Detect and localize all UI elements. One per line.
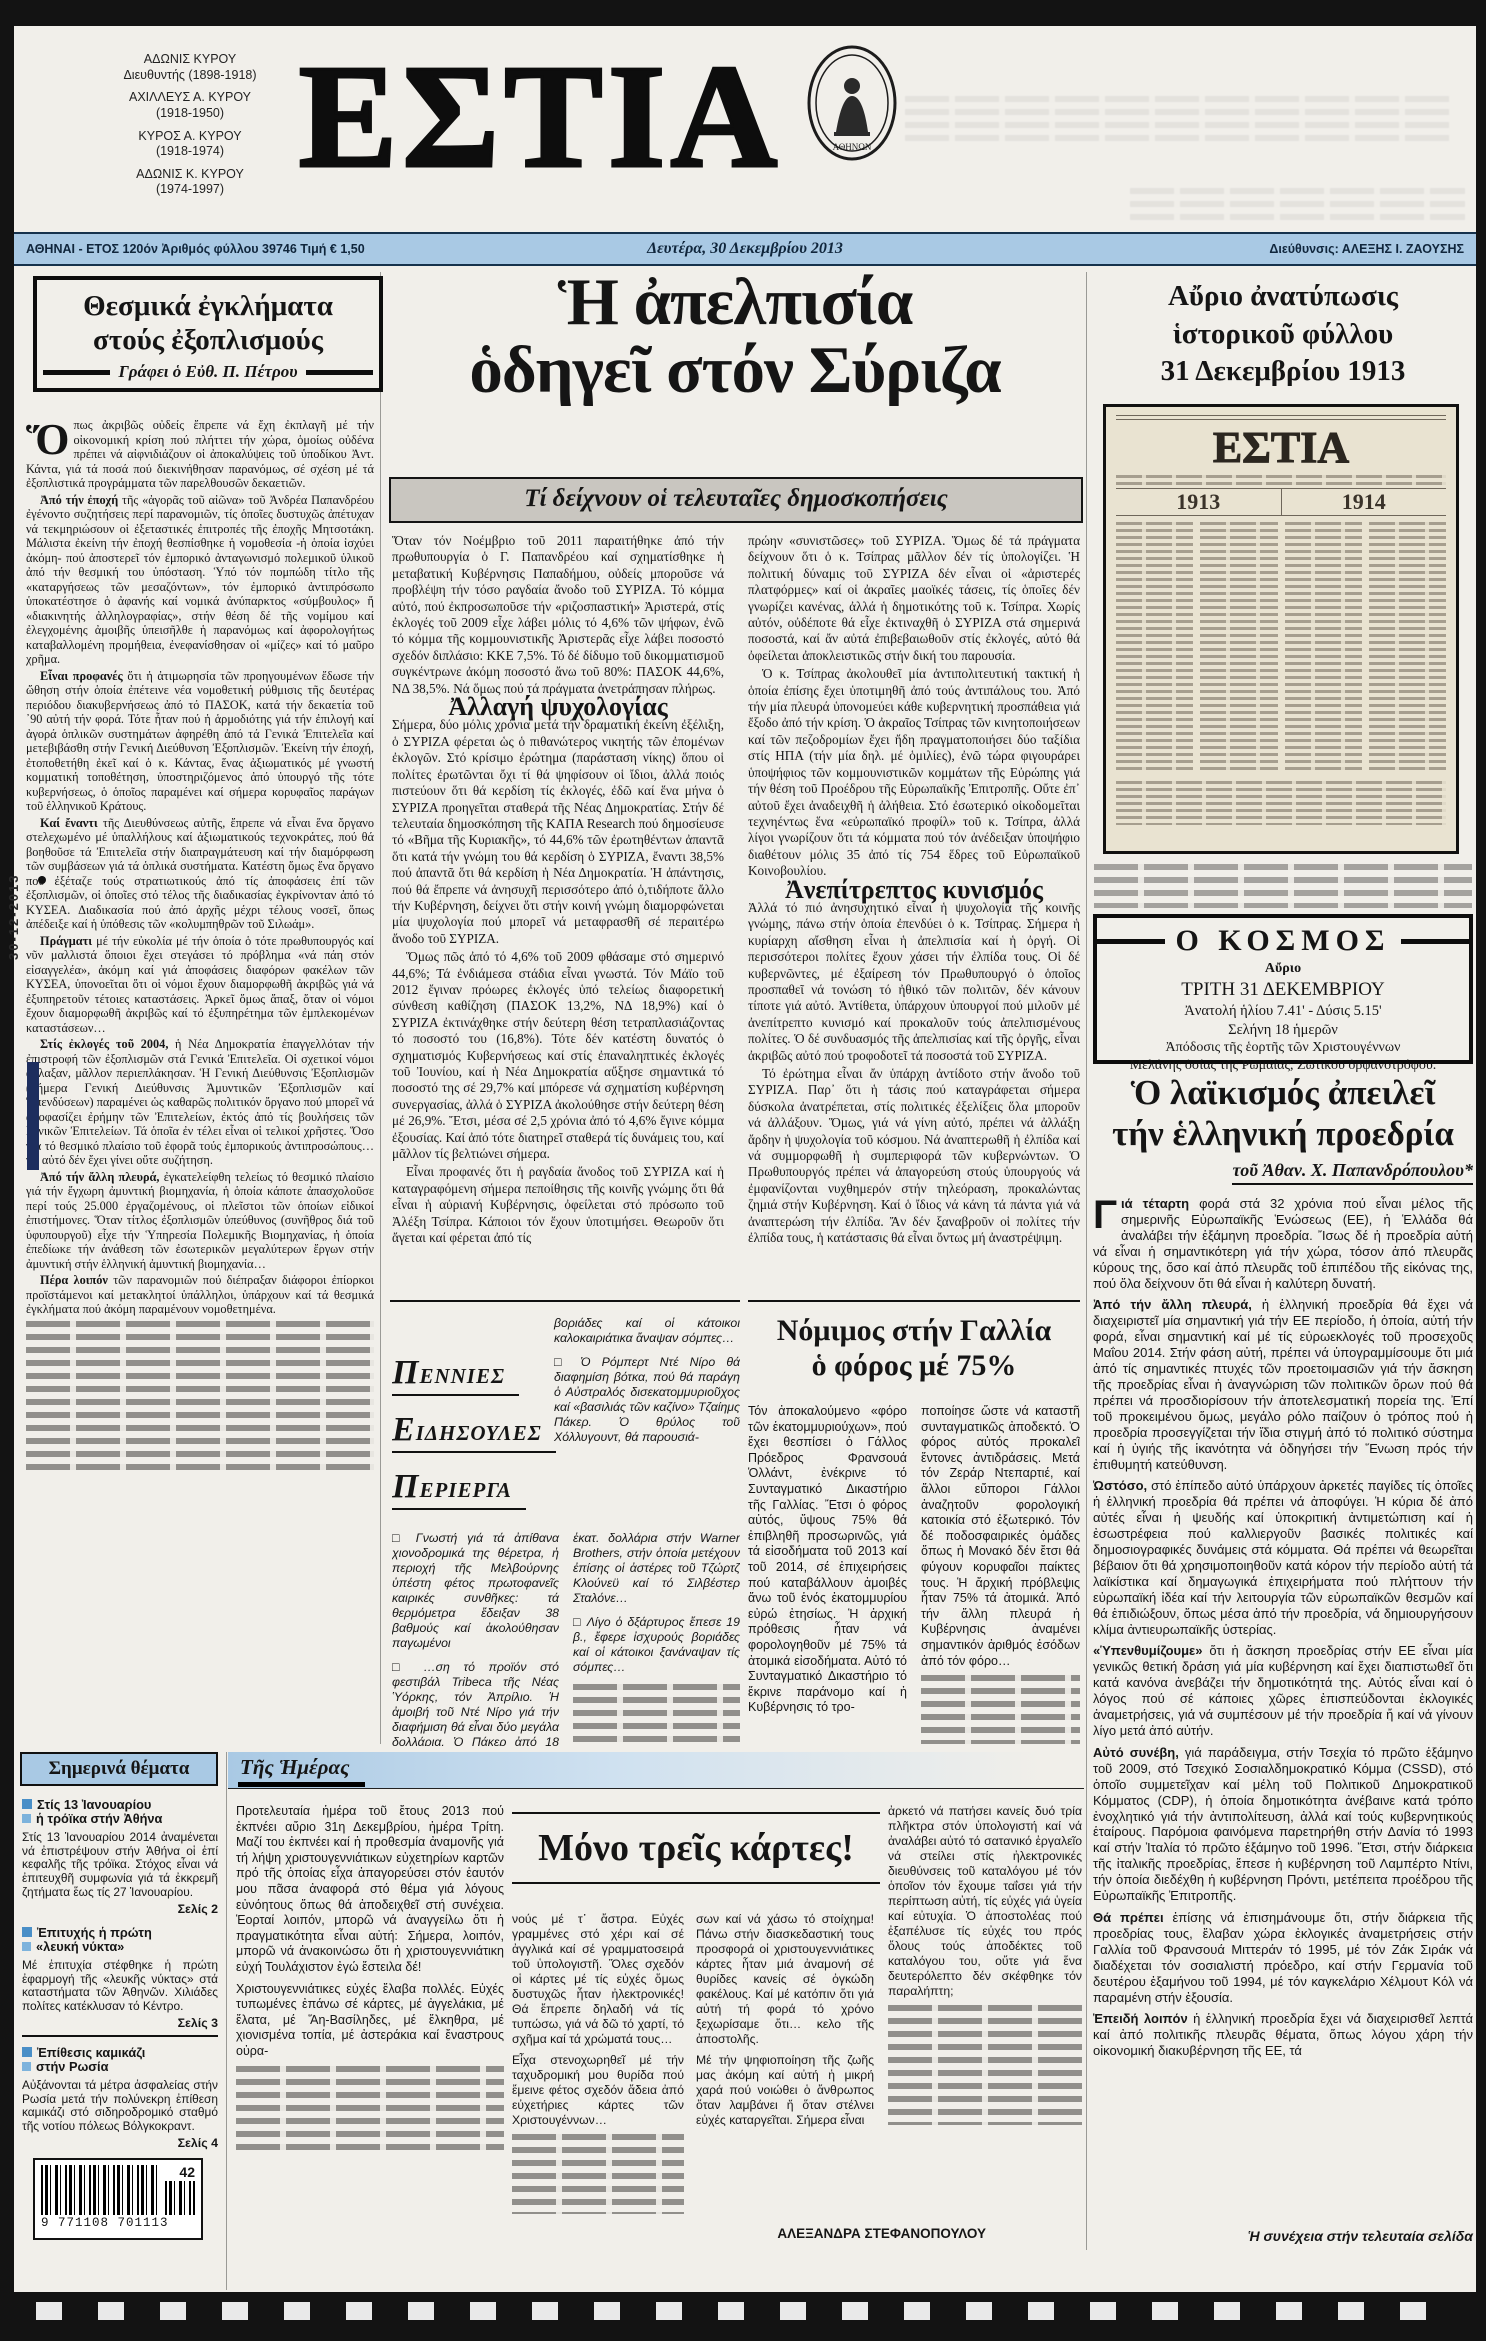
lead-article-column-2: πρώην «συνιστῶσες» τοῦ ΣΥΡΙΖΑ. Ὅμως δέ τ…	[748, 533, 1080, 1285]
topic-page-ref: Σελίς 4	[22, 2136, 218, 2150]
topic-item: Στίς 13 Ἰανουαρίου ἡ τρόϊκα στήν Ἀθήνα Σ…	[22, 1798, 218, 1918]
day-column-3: σων καί νά χάσω τό στοίχημα! Πάνω στήν δ…	[696, 1912, 874, 2212]
main-headline-line1: Ἡ ἀπελπισία	[388, 268, 1082, 336]
topic-title: Στίς 13 Ἰανουαρίου	[37, 1798, 151, 1812]
article-paragraph: Μέ τήν ψηφιοποίηση τῆς ζωῆς μας ἀκόμη κα…	[696, 2053, 874, 2128]
topic-body: Αὐξάνονται τά μέτρα ἀσφαλείας στήν Ρωσία…	[22, 2079, 218, 2135]
brief-item: βοριάδες καί οἱ κάτοικοι καλοκαιριάτικα …	[554, 1316, 740, 1346]
article-paragraph: Τό ἐρώτημα εἶναι ἄν ὑπάρχη ἀντίδοτο στήν…	[748, 1066, 1080, 1246]
continuation-note: Ἡ συνέχεια στήν τελευταία σελίδα	[1093, 2228, 1473, 2244]
paragraph-lead: Ὡστόσο,	[1093, 1478, 1151, 1493]
author-signature: ΑΛΕΞΑΝΔΡΑ ΣΤΕΦΑΝΟΠΟΥΛΟΥ	[696, 2226, 986, 2241]
article-paragraph: ἀρκετό νά πατήσει κανείς δυό τρία πλῆκτρ…	[888, 1804, 1082, 1999]
pennies-word-3: ΠΕΡΙΕΡΓΑ	[392, 1468, 526, 1510]
france-tax-headline-line1: Νόμιμος στήν Γαλλία	[748, 1314, 1080, 1349]
populism-headline: Ὁ λαϊκισμός ἀπειλεῖ τήν ἑλληνική προεδρί…	[1093, 1072, 1473, 1155]
article-paragraph: γιά παράδειγμα, στήν Τσεχία τό πρῶτο ἑξά…	[1093, 1745, 1473, 1903]
editorial-headline-box: Θεσμικά ἐγκλήματα στούς ἐξοπλισμούς Γράφ…	[33, 276, 383, 392]
paragraph-lead: «Ὑπενθυμίζουμε»	[1093, 1643, 1209, 1658]
facsimile-text-column	[1200, 522, 1277, 774]
france-tax-headline: Νόμιμος στήν Γαλλία ὁ φόρος μέ 75%	[748, 1314, 1080, 1384]
paragraph-lead: Στίς ἐκλογές τοῦ 2004,	[40, 1037, 175, 1051]
body-text-filler	[236, 2066, 504, 2156]
barcode-digits: 9 771108 701113	[41, 2216, 195, 2230]
populism-body: Γιά τέταρτη φορά στά 32 χρόνια πού εἶναι…	[1093, 1196, 1473, 2218]
margin-bullet-icon	[38, 876, 46, 884]
topic-bullet-icon	[22, 1814, 31, 1823]
newspaper-logo: ΕΣΤΙΑ	[248, 30, 833, 205]
article-paragraph: νούς μέ τ᾽ ἄστρα. Εὐχές γραμμένες στό χέ…	[512, 1912, 684, 2047]
topic-bullet-icon	[22, 2062, 31, 2071]
article-paragraph: ποποίησε ὥστε νά καταστῆ συνταγματικῶς ἀ…	[921, 1404, 1080, 1669]
topic-rule	[22, 2035, 218, 2037]
section-heading: Ἀλλαγή ψυχολογίας	[392, 699, 724, 715]
pennies-briefs-bottom: □ Γνωστή γιά τά ἀπίθανα χιονοδρομικά της…	[392, 1525, 740, 1746]
editorial-paragraph: πως ἀκριβῶς οὐδείς ἔπρεπε νά ἔχη ἐκπλαγῆ…	[26, 418, 374, 490]
topic-item: Ἐπιτυχής ἡ πρώτη «λευκή νύκτα» Μέ ἐπιτυχ…	[22, 1926, 218, 2038]
kosmos-box: Ο ΚΟΣΜΟΣ Αὔριο ΤΡΙΤΗ 31 ΔΕΚΕΜΒΡΙΟΥ Ἀνατο…	[1093, 914, 1473, 1064]
body-text-filler	[573, 1684, 740, 1746]
issue-barcode: 42 9 771108 701113	[33, 2158, 203, 2240]
byline-rule	[306, 370, 373, 375]
facsimile-text-column	[1369, 522, 1446, 774]
facsimile-textline	[1116, 475, 1446, 485]
column-divider	[226, 1752, 227, 2290]
day-column-1: Προτελευταία ἡμέρα τοῦ ἔτους 2013 πού ἐκ…	[236, 1804, 504, 2290]
topic-bullet-icon	[22, 1799, 32, 1809]
reprint-promo-line2: ἱστορικοῦ φύλλου	[1094, 316, 1472, 354]
editorial-paragraph: τῆς Διευθύνσεως αὐτῆς, ἔπρεπε νά εἶναι ἕ…	[26, 816, 374, 932]
paragraph-lead: Καί ἔναντι	[40, 816, 103, 830]
kosmos-line: Σελήνη 18 ἡμερῶν	[1097, 1021, 1469, 1040]
cards-headline: Μόνο τρεῖς κάρτες!	[512, 1826, 880, 1870]
topic-title: ἡ τρόϊκα στήν Ἀθήνα	[36, 1811, 162, 1826]
kosmos-line: Αὔριο	[1097, 960, 1469, 978]
paragraph-lead: Ἀπό τήν ἄλλη πλευρά,	[1093, 1297, 1262, 1312]
kosmos-line: Ἀνατολή ἡλίου 7.41' - Δύσις 5.15'	[1097, 1002, 1469, 1021]
kosmos-rule	[1401, 939, 1469, 944]
pennies-logo: ΠΕΝΝΙΕΣ ΕΙΔΗΣΟΥΛΕΣ ΠΕΡΙΕΡΓΑ	[392, 1316, 544, 1525]
section-rule	[390, 1300, 740, 1302]
body-text-filler	[512, 2134, 684, 2214]
day-column-2: νούς μέ τ᾽ ἄστρα. Εὐχές γραμμένες στό χέ…	[512, 1912, 684, 2288]
column-divider	[380, 272, 381, 1744]
paragraph-lead: Θά πρέπει	[1093, 1910, 1172, 1925]
article-paragraph: Προτελευταία ἡμέρα τοῦ ἔτους 2013 πού ἐκ…	[236, 1804, 504, 1976]
margin-date-vertical: 30-12-2013	[6, 850, 21, 960]
paragraph-lead: Αὐτό συνέβη,	[1093, 1745, 1185, 1760]
cards-headline-block: Μόνο τρεῖς κάρτες!	[512, 1812, 880, 1884]
editorial-paragraph: μέ τήν εὐκολία μέ τήν ὁποία ὁ τότε πρωθυ…	[26, 934, 374, 1035]
section-rule	[748, 1300, 1080, 1302]
dateline-edition: ΑΘΗΝΑΙ - ΕΤΟΣ 120όν Ἀριθμός φύλλου 39746…	[14, 242, 505, 256]
facsimile-columns	[1116, 522, 1446, 774]
paragraph-lead: Πέρα λοιπόν	[40, 1273, 113, 1287]
topic-bullet-icon	[22, 1927, 32, 1937]
main-subhead: Τί δείχνουν οἱ τελευταῖες δημοσκοπήσεις	[389, 477, 1083, 523]
column-divider	[1086, 272, 1087, 2250]
body-text-filler	[1094, 864, 1472, 908]
facsimile-rule	[1116, 415, 1446, 420]
article-paragraph: στό ἐπίπεδο αὐτό ὑπάρχουν ἀρκετές παγίδε…	[1093, 1478, 1473, 1636]
editorial-byline: Γράφει ὁ Εὐθ. Π. Πέτρου	[118, 362, 297, 382]
article-paragraph: σων καί νά χάσω τό στοίχημα! Πάνω στήν δ…	[696, 1912, 874, 2047]
editorial-dropcap: Ὅ	[26, 418, 73, 458]
hestia-seal-icon: ΑΘΗΝΩΝ	[806, 44, 898, 162]
day-column-4: ἀρκετό νά πατήσει κανείς δυό τρία πλῆκτρ…	[888, 1804, 1082, 2224]
populism-byline: τοῦ Ἀθαν. Χ. Παπανδρόπουλου*	[1232, 1160, 1473, 1185]
editorial-paragraph: ὅτι ἡ ἀτιμωρησία τῶν προηγουμένων ἔδωσε …	[26, 669, 374, 814]
kosmos-line: Ἀπόδοσις τῆς ἑορτῆς τῶν Χριστουγέννων	[1097, 1039, 1469, 1057]
article-paragraph: Ἀλλά τό πιό ἀνησυχητικό εἶναι ἡ ψυχολογί…	[748, 900, 1080, 1064]
article-paragraph: Εἶχα στενοχωρηθεῖ μέ τήν ταχυδρομική μου…	[512, 2053, 684, 2128]
article-paragraph: Εἶναι προφανές ὅτι ἡ ραγδαία ἄνοδος τοῦ …	[392, 1164, 724, 1246]
paragraph-lead: Ἀπό τήν ἐποχή	[40, 493, 122, 507]
populism-dropcap: Γ	[1093, 1196, 1121, 1232]
margin-index-bar	[27, 1062, 39, 1170]
topic-page-ref: Σελίς 3	[22, 2016, 218, 2030]
pennies-word-2: ΕΙΔΗΣΟΥΛΕΣ	[392, 1411, 556, 1453]
headline-rule	[512, 1812, 880, 1814]
kosmos-rule	[1097, 939, 1165, 944]
facsimile-footer-text	[1116, 781, 1446, 825]
barcode-addon-bars	[165, 2181, 195, 2215]
kosmos-line: ΤΡΙΤΗ 31 ΔΕΚΕΜΒΡΙΟΥ	[1097, 978, 1469, 1002]
editorial-body: Ὅπως ἀκριβῶς οὐδείς ἔπρεπε νά ἔχη ἐκπλαγ…	[26, 418, 374, 1744]
svg-text:ΑΘΗΝΩΝ: ΑΘΗΝΩΝ	[833, 142, 872, 152]
brief-item: □ Λίγο ὁ δξάρτυρος ἔπεσε 19 β., ἔφερε ἰσ…	[573, 1615, 740, 1675]
editorial-paragraph: ἐγκατελείφθη τελείως τό θεσμικό πλαίσιο …	[26, 1170, 374, 1271]
historic-issue-facsimile: ΕΣΤΙΑ 1913 1914	[1103, 404, 1459, 854]
body-text-filler	[26, 1321, 374, 1471]
pennies-word-1: ΠΕΝΝΙΕΣ	[392, 1354, 519, 1396]
topic-body: Στίς 13 Ἰανουαρίου 2014 ἀναμένεται νά ἐπ…	[22, 1831, 218, 1901]
article-paragraph: ἡ ἑλληνική προεδρία θά ἔχει νά διαχειρισ…	[1093, 1297, 1473, 1471]
article-paragraph: Ὁ κ. Τσίπρας ἀκολουθεῖ μία ἀντιπολιτευτι…	[748, 666, 1080, 879]
barcode-bars	[41, 2165, 159, 2215]
body-text-filler	[888, 2005, 1082, 2125]
editorial-title-line1: Θεσμικά ἐγκλήματα	[43, 290, 373, 324]
populism-headline-line1: Ὁ λαϊκισμός ἀπειλεῖ	[1093, 1072, 1473, 1113]
paragraph-lead: Πράγματι	[40, 934, 96, 948]
topic-body: Μέ ἐπιτυχία στέφθηκε ἡ πρώτη ἐφαρμογή τῆ…	[22, 1959, 218, 2015]
populism-headline-line2: τήν ἑλληνική προεδρία	[1093, 1113, 1473, 1154]
print-bleedthrough	[1130, 188, 1465, 226]
brief-item: □ Γνωστή γιά τά ἀπίθανα χιονοδρομικά της…	[392, 1531, 559, 1651]
topic-item: Ἐπίθεσις καμικάζι στήν Ρωσία Αὐξάνονται …	[22, 2046, 218, 2152]
article-paragraph: Χριστουγεννιάτικες εὐχές ἔλαβα πολλές. Ε…	[236, 1982, 504, 2060]
main-headline: Ἡ ἀπελπισία ὁδηγεῖ στόν Σύριζα	[388, 268, 1082, 405]
article-paragraph: Ὅταν τόν Νοέμβριο τοῦ 2011 παραιτήθηκε ἀ…	[392, 533, 724, 697]
facsimile-text-column	[1116, 522, 1193, 774]
section-heading: Ἀνεπίτρεπτος κυνισμός	[748, 882, 1080, 898]
barcode-issue-number: 42	[165, 2165, 195, 2179]
populism-byline-row: τοῦ Ἀθαν. Χ. Παπανδρόπουλου*	[1093, 1160, 1473, 1185]
dateline-director: Διεύθυνσις: ΑΛΕΞΗΣ Ι. ΖΑΟΥΣΗΣ	[985, 242, 1476, 256]
facsimile-year-right: 1914	[1282, 489, 1447, 515]
topic-title: Ἐπίθεσις καμικάζι	[37, 2046, 145, 2060]
editorial-paragraph: τῆς «ἀγορᾶς τοῦ αἰῶνα» τοῦ Ἀνδρέα Παπανδ…	[26, 493, 374, 667]
dateline-strip: ΑΘΗΝΑΙ - ΕΤΟΣ 120όν Ἀριθμός φύλλου 39746…	[14, 232, 1476, 266]
brief-item: □ Ὁ Ρόμπερτ Ντέ Νίρο θά διαφημίση βότκα,…	[554, 1355, 740, 1445]
article-paragraph: Τόν ἀποκαλούμενο «φόρο τῶν ἑκατομμυριούχ…	[748, 1404, 907, 1716]
day-column-strip: Τῆς Ἡμέρας	[228, 1752, 1084, 1789]
france-tax-headline-line2: ὁ φόρος μέ 75%	[748, 1349, 1080, 1384]
topic-title: «λευκή νύκτα»	[36, 1939, 124, 1954]
editorial-paragraph: ἡ Νέα Δημοκρατία ἐπαγγελλόταν τήν ἐπιστρ…	[26, 1037, 374, 1167]
paragraph-lead: Ἀπό τήν ἄλλη πλευρά,	[40, 1170, 164, 1184]
france-tax-body: Τόν ἀποκαλούμενο «φόρο τῶν ἑκατομμυριούχ…	[748, 1404, 1080, 1744]
article-paragraph: Ὅμως πῶς ἀπό τό 4,6% τοῦ 2009 φθάσαμε στ…	[392, 949, 724, 1162]
paragraph-lead: Εἶναι προφανές	[40, 669, 127, 683]
reprint-promo-line1: Αὔριο ἀνατύπωσις	[1094, 278, 1472, 316]
pennies-section: ΠΕΝΝΙΕΣ ΕΙΔΗΣΟΥΛΕΣ ΠΕΡΙΕΡΓΑ βοριάδες καί…	[392, 1316, 740, 1746]
topic-title: στήν Ρωσία	[36, 2059, 108, 2074]
main-headline-line2: ὁδηγεῖ στόν Σύριζα	[388, 336, 1082, 404]
paragraph-lead: Ἐπειδή λοιπόν	[1093, 2011, 1193, 2026]
scan-edge-marks	[36, 2302, 1456, 2320]
facsimile-logo: ΕΣΤΙΑ	[1116, 424, 1446, 472]
topic-bullet-icon	[22, 2047, 32, 2057]
newspaper-front-page: ΑΔΩΝΙΣ ΚΥΡΟΥ Διευθυντής (1898-1918) ΑΧΙΛ…	[0, 0, 1486, 2341]
dateline-date: Δευτέρα, 30 Δεκεμβρίου 2013	[505, 240, 984, 258]
day-column-label: Τῆς Ἡμέρας	[238, 1755, 365, 1787]
print-bleedthrough	[905, 96, 1450, 142]
byline-rule	[43, 370, 110, 375]
paragraph-lead: ιά τέταρτη	[1121, 1196, 1199, 1211]
facsimile-year-left: 1913	[1116, 489, 1282, 515]
article-paragraph: Σήμερα, δύο μόλις χρόνια μετά τήν δραματ…	[392, 717, 724, 947]
headline-rule	[512, 1882, 880, 1884]
kosmos-title: Ο ΚΟΣΜΟΣ	[1175, 924, 1390, 958]
topics-header: Σημερινά θέματα	[20, 1752, 218, 1786]
article-paragraph: πρώην «συνιστῶσες» τοῦ ΣΥΡΙΖΑ. Ὅμως δέ τ…	[748, 533, 1080, 664]
facsimile-text-column	[1285, 522, 1362, 774]
topic-page-ref: Σελίς 2	[22, 1902, 218, 1916]
topic-bullet-icon	[22, 1942, 31, 1951]
editorial-title-line2: στούς ἐξοπλισμούς	[43, 324, 373, 358]
lead-article-column-1: Ὅταν τόν Νοέμβριο τοῦ 2011 παραιτήθηκε ἀ…	[392, 533, 724, 1297]
pennies-briefs-right: βοριάδες καί οἱ κάτοικοι καλοκαιριάτικα …	[554, 1316, 740, 1445]
reprint-promo-line3: 31 Δεκεμβρίου 1913	[1094, 353, 1472, 391]
topic-title: Ἐπιτυχής ἡ πρώτη	[37, 1926, 152, 1940]
editorial-byline-row: Γράφει ὁ Εὐθ. Π. Πέτρου	[43, 362, 373, 382]
reprint-promo: Αὔριο ἀνατύπωσις ἱστορικοῦ φύλλου 31 Δεκ…	[1094, 278, 1472, 391]
facsimile-years-row: 1913 1914	[1116, 488, 1446, 516]
